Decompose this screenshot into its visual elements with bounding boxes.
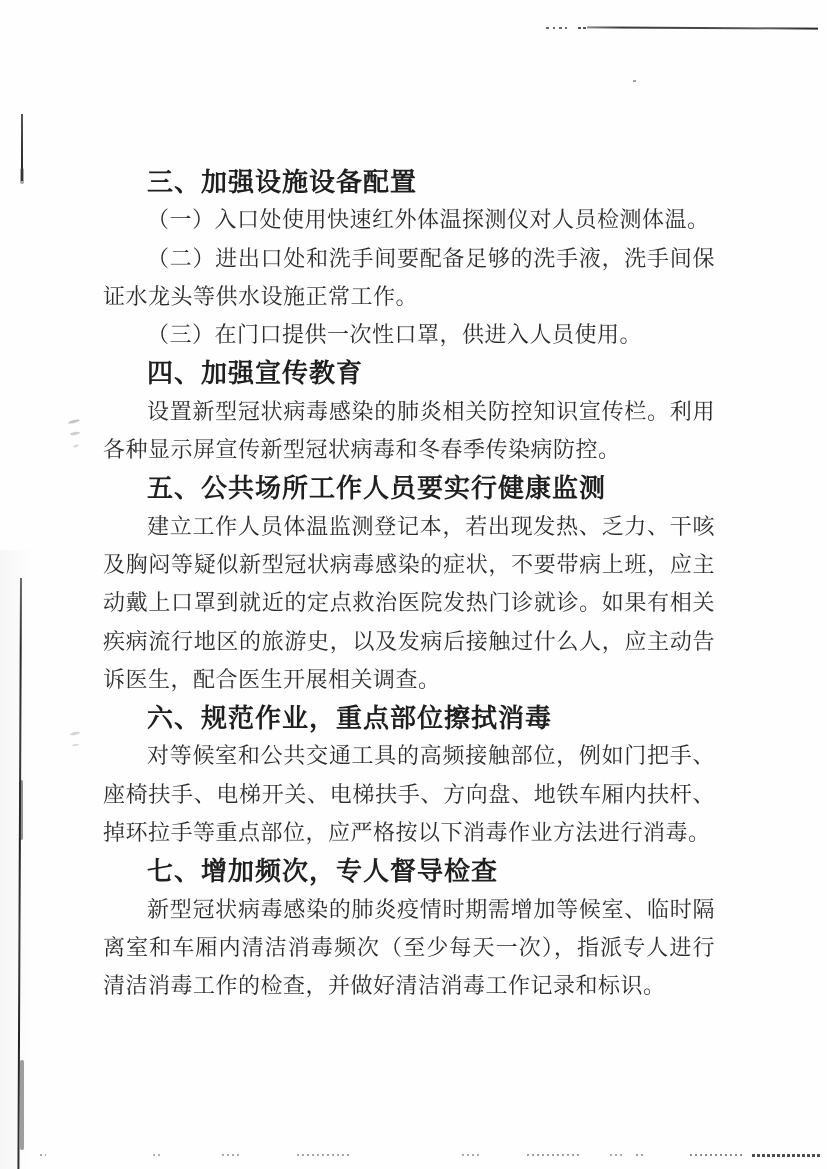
scan-speck xyxy=(20,1060,24,1150)
section-4-publicity: 四、加强宣传教育 设置新型冠状病毒感染的肺炎相关防控知识宣传栏。利用各种显示屏宣… xyxy=(103,354,715,469)
scan-speck xyxy=(578,27,581,29)
scan-speck xyxy=(559,27,562,29)
section-paragraph: （三）在门口提供一次性口罩，供进入人员使用。 xyxy=(103,316,715,354)
section-paragraph: （二）进出口处和洗手间要配备足够的洗手液，洗手间保证水龙头等供水设施正常工作。 xyxy=(103,240,715,317)
section-paragraph: 设置新型冠状病毒感染的肺炎相关防控知识宣传栏。利用各种显示屏宣传新型冠状病毒和冬… xyxy=(103,393,715,470)
scan-streak-top-right xyxy=(587,26,818,29)
section-3-facilities: 三、加强设施设备配置 （一）入口处使用快速红外体温探测仪对人员检测体温。 （二）… xyxy=(103,163,715,354)
section-heading: 七、增加频次，专人督导检查 xyxy=(103,852,715,890)
scan-speck xyxy=(565,27,567,29)
scan-specks-bottom xyxy=(153,1154,161,1156)
section-heading: 四、加强宣传教育 xyxy=(103,354,715,392)
scanned-document-page: 三、加强设施设备配置 （一）入口处使用快速红外体温探测仪对人员检测体温。 （二）… xyxy=(0,0,827,1169)
scan-smudge xyxy=(73,444,79,448)
scan-speck xyxy=(546,27,549,29)
scan-speck xyxy=(553,27,555,29)
scan-streak-left-upper xyxy=(21,114,23,181)
scan-specks-bottom xyxy=(297,1154,349,1156)
section-5-health-monitoring: 五、公共场所工作人员要实行健康监测 建立工作人员体温监测登记本，若出现发热、乏力… xyxy=(103,469,715,699)
scan-specks-bottom xyxy=(610,1154,622,1156)
section-paragraph: 新型冠状病毒感染的肺炎疫情时期需增加等候室、临时隔离室和车厢内清洁消毒频次（至少… xyxy=(103,891,715,1006)
scan-specks-bottom xyxy=(222,1154,242,1156)
section-paragraph: 对等候室和公共交通工具的高频接触部位，例如门把手、座椅扶手、电梯开关、电梯扶手、… xyxy=(103,737,715,852)
section-heading: 三、加强设施设备配置 xyxy=(103,163,715,201)
section-6-disinfection: 六、规范作业，重点部位擦拭消毒 对等候室和公共交通工具的高频接触部位，例如门把手… xyxy=(103,699,715,852)
scan-smudge xyxy=(70,731,80,736)
section-heading: 五、公共场所工作人员要实行健康监测 xyxy=(103,469,715,507)
scan-specks-bottom xyxy=(40,1154,46,1156)
section-paragraph: 建立工作人员体温监测登记本，若出现发热、乏力、干咳及胸闷等疑似新型冠状病毒感染的… xyxy=(103,508,715,699)
scan-specks-bottom xyxy=(527,1154,579,1156)
scan-streak-left-lower xyxy=(17,578,22,1169)
scanned-document: html, body { margin: 0; padding: 0; back… xyxy=(0,0,827,1169)
scan-speck xyxy=(20,168,24,184)
scan-speck xyxy=(19,780,23,840)
scan-speck xyxy=(583,27,586,29)
scan-specks-bottom xyxy=(752,1154,822,1157)
scan-smudge xyxy=(70,431,80,436)
scan-specks-bottom xyxy=(690,1154,745,1156)
scan-edge-shade xyxy=(0,550,34,1169)
scan-smudge xyxy=(68,419,80,425)
section-heading: 六、规范作业，重点部位擦拭消毒 xyxy=(103,699,715,737)
document-body: 三、加强设施设备配置 （一）入口处使用快速红外体温探测仪对人员检测体温。 （二）… xyxy=(103,163,715,1006)
section-7-frequency: 七、增加频次，专人督导检查 新型冠状病毒感染的肺炎疫情时期需增加等候室、临时隔离… xyxy=(103,852,715,1005)
scan-specks-bottom xyxy=(636,1154,644,1156)
scan-smudge xyxy=(72,744,79,747)
section-paragraph: （一）入口处使用快速红外体温探测仪对人员检测体温。 xyxy=(103,201,715,239)
scan-speck xyxy=(633,80,636,82)
scan-specks-bottom xyxy=(462,1154,482,1156)
